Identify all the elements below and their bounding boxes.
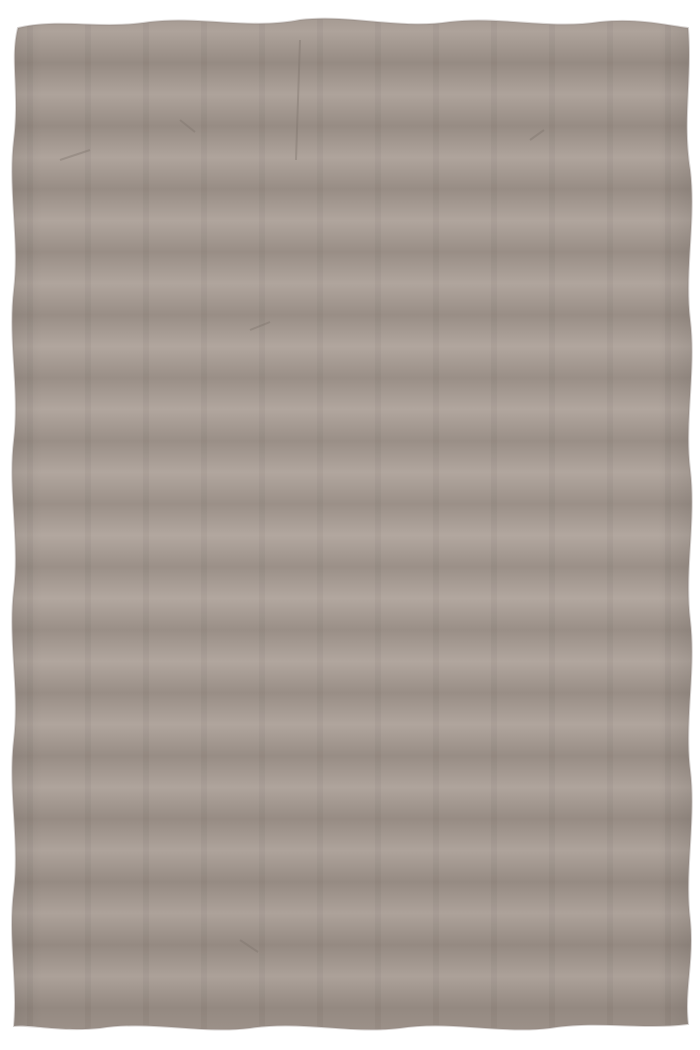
rug-illustration bbox=[0, 0, 700, 1050]
product-photo: Faux fur rug, top-down product photo bbox=[0, 0, 700, 1050]
